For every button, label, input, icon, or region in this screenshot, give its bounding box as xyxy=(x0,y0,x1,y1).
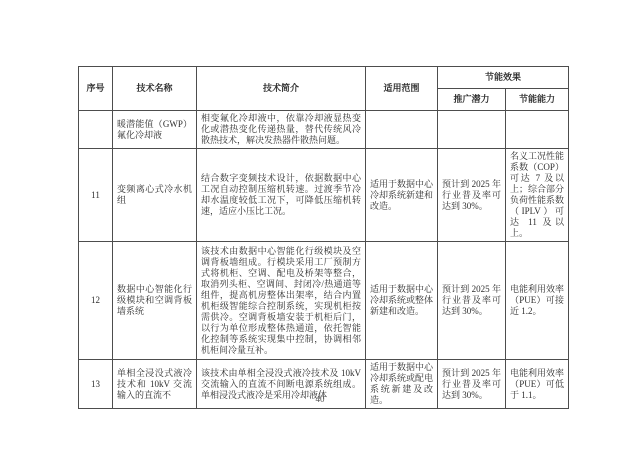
technology-table: 序号 技术名称 技术简介 适用范围 节能效果 推广潜力 节能能力 暖潜能值（GW… xyxy=(78,66,569,409)
header-effect: 节能效果 xyxy=(438,67,569,89)
cell-scope: 适用于数据中心冷却系统或整体新建和改造。 xyxy=(366,242,438,360)
cell-potential: 预计到 2025 年行业普及率可达到 30%。 xyxy=(438,149,506,242)
table-row-11: 11 变频离心式冷水机组 结合数字变频技术设计，依据数据中心工况自动控制压缩机转… xyxy=(79,149,569,242)
table-row-12: 12 数据中心智能化行级模块和空调背板墙系统 该技术由数据中心智能化行级模块及空… xyxy=(79,242,569,360)
cell-potential xyxy=(438,111,506,149)
cell-tech-intro: 结合数字变频技术设计，依据数据中心工况自动控制压缩机转速。过渡季节冷却水温度较低… xyxy=(197,149,366,242)
page-number: 40 xyxy=(0,394,640,404)
table-row-gwp-continuation: 暖潜能值（GWP）氟化冷却液 相变氟化冷却液中，依靠冷却液显热变化或潜热变化传递… xyxy=(79,111,569,149)
header-no: 序号 xyxy=(79,67,113,111)
cell-scope: 适用于数据中心冷却系统新建和改造。 xyxy=(366,149,438,242)
cell-no: 12 xyxy=(79,242,113,360)
header-tech-intro: 技术简介 xyxy=(197,67,366,111)
cell-potential: 预计到 2025 年行业普及率可达到 30%。 xyxy=(438,242,506,360)
cell-no: 11 xyxy=(79,149,113,242)
cell-capability xyxy=(506,111,569,149)
cell-scope xyxy=(366,111,438,149)
cell-tech-name: 暖潜能值（GWP）氟化冷却液 xyxy=(113,111,197,149)
cell-no xyxy=(79,111,113,149)
cell-tech-name: 数据中心智能化行级模块和空调背板墙系统 xyxy=(113,242,197,360)
document-page: 序号 技术名称 技术简介 适用范围 节能效果 推广潜力 节能能力 暖潜能值（GW… xyxy=(0,0,640,453)
cell-tech-name: 变频离心式冷水机组 xyxy=(113,149,197,242)
cell-capability: 电能利用效率（PUE）可接近 1.2。 xyxy=(506,242,569,360)
header-capability: 节能能力 xyxy=(506,89,569,111)
header-scope: 适用范围 xyxy=(366,67,438,111)
cell-capability: 名义工况性能系数（COP）可达 7 及以上；综合部分负荷性能系数（IPLV）可达… xyxy=(506,149,569,242)
cell-tech-intro: 相变氟化冷却液中，依靠冷却液显热变化或潜热变化传递热量，替代传统风冷散热技术，解… xyxy=(197,111,366,149)
header-potential: 推广潜力 xyxy=(438,89,506,111)
cell-tech-intro: 该技术由数据中心智能化行级模块及空调背板墙组成。行模块采用工厂预制方式将机柜、空… xyxy=(197,242,366,360)
header-tech-name: 技术名称 xyxy=(113,67,197,111)
